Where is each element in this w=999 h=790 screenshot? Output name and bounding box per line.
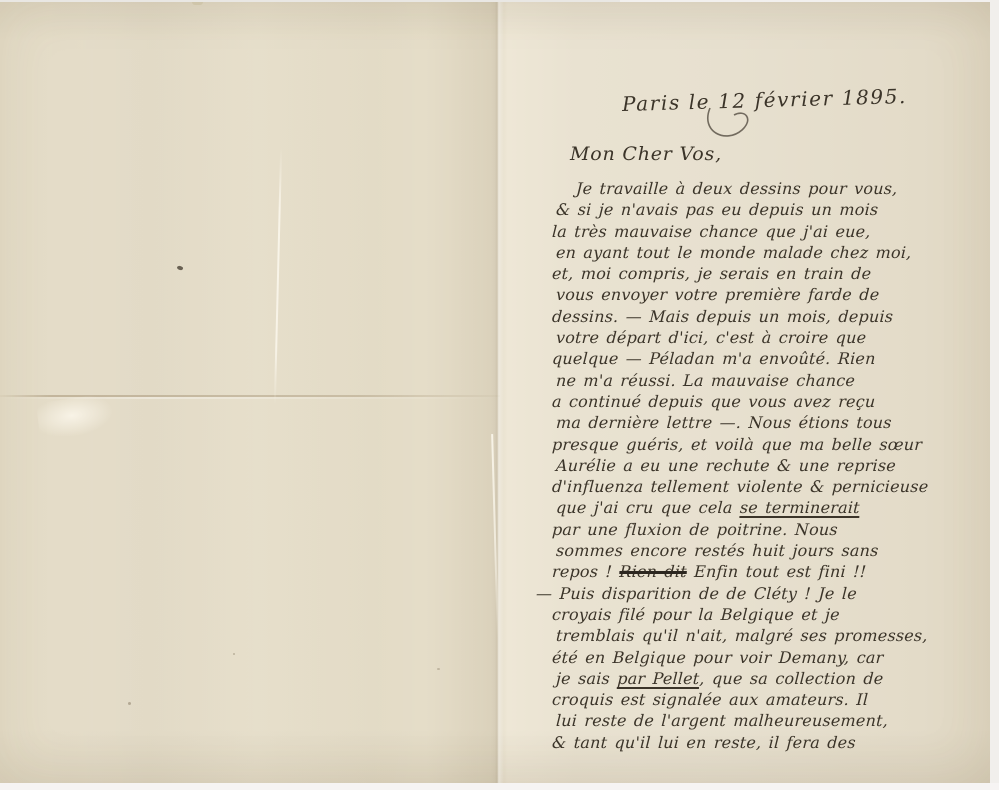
letter-line: croyais filé pour la Belgique et je (551, 604, 988, 625)
struck-out-text: Rien dit (619, 562, 687, 581)
letter-salutation: Mon Cher Vos, (570, 143, 722, 165)
paper-abrasion-mark (36, 393, 117, 441)
letter-line: & tant qu'il lui en reste, il fera des (551, 732, 988, 753)
letter-line: presque guéris, et voilà que ma belle sœ… (551, 434, 988, 455)
letter-line: que j'ai cru que cela se terminerait (555, 497, 988, 518)
letter-text-segment: , que sa collection de (699, 669, 884, 688)
letter-line: repos ! Rien dit Enfin tout est fini !! (551, 561, 988, 582)
letter-line: été en Belgique pour voir Demany, car (551, 647, 988, 668)
letter-line: Aurélie a eu une rechute & une reprise (555, 455, 988, 476)
letter-line: & si je n'avais pas eu depuis un mois (555, 199, 988, 220)
scan-bed-edge-right (990, 0, 999, 790)
letter-text-segment: que j'ai cru que cela (556, 498, 741, 517)
letter-line: a continué depuis que vous avez reçu (551, 391, 988, 412)
letter-line: en ayant tout le monde malade chez moi, (555, 242, 988, 263)
letter-line: votre départ d'ici, c'est à croire que (555, 327, 988, 348)
letter-line: je sais par Pellet, que sa collection de (555, 668, 988, 689)
underlined-text: se terminerait (739, 498, 860, 517)
dust-speck (128, 702, 131, 705)
letter-line: et, moi compris, je serais en train de (551, 263, 988, 284)
letter-page: Paris le 12 février 1895. Mon Cher Vos, … (500, 2, 991, 783)
letter-line: ne m'a réussi. La mauvaise chance (555, 370, 988, 391)
letter-line: sommes encore restés huit jours sans (555, 540, 988, 561)
letter-line: tremblais qu'il n'ait, malgré ses promes… (555, 625, 988, 646)
letter-line: quelque — Péladan m'a envoûté. Rien (551, 348, 988, 369)
letter-line: par une fluxion de poitrine. Nous (551, 519, 988, 540)
letter-line: Je travaille à deux dessins pour vous, (551, 178, 988, 199)
letter-sheet: Paris le 12 février 1895. Mon Cher Vos, … (0, 2, 991, 783)
ink-speck (176, 265, 183, 271)
letter-line: croquis est signalée aux amateurs. Il (551, 689, 988, 710)
letter-line: lui reste de l'argent malheureusement, (555, 710, 988, 731)
pen-flourish-icon (696, 106, 806, 146)
letter-line: dessins. — Mais depuis un mois, depuis (551, 306, 988, 327)
scan-bed-edge-bottom (0, 783, 999, 790)
letter-line: la très mauvaise chance que j'ai eue, (551, 221, 988, 242)
paper-edge-nick (192, 2, 203, 5)
dust-speck (437, 668, 440, 670)
letter-text-segment: repos ! (552, 562, 620, 581)
letter-body: Je travaille à deux dessins pour vous, &… (552, 178, 988, 753)
dust-speck (233, 653, 235, 655)
letter-text-segment: je sais (556, 669, 618, 688)
scan-bed-edge-top (0, 0, 620, 2)
letter-line: vous envoyer votre première farde de (555, 284, 988, 305)
vertical-crease-mark (274, 147, 282, 405)
letter-text-segment: Enfin tout est fini !! (686, 562, 867, 581)
letter-line: — Puis disparition de de Cléty ! Je le (535, 583, 988, 604)
horizontal-fold-crease (0, 395, 500, 397)
letter-line: ma dernière lettre —. Nous étions tous (555, 412, 988, 433)
blank-left-page (0, 2, 497, 783)
letter-line: d'influenza tellement violente & pernici… (551, 476, 988, 497)
underlined-text: par Pellet (617, 669, 700, 688)
scanned-letter-image: Paris le 12 février 1895. Mon Cher Vos, … (0, 0, 999, 790)
